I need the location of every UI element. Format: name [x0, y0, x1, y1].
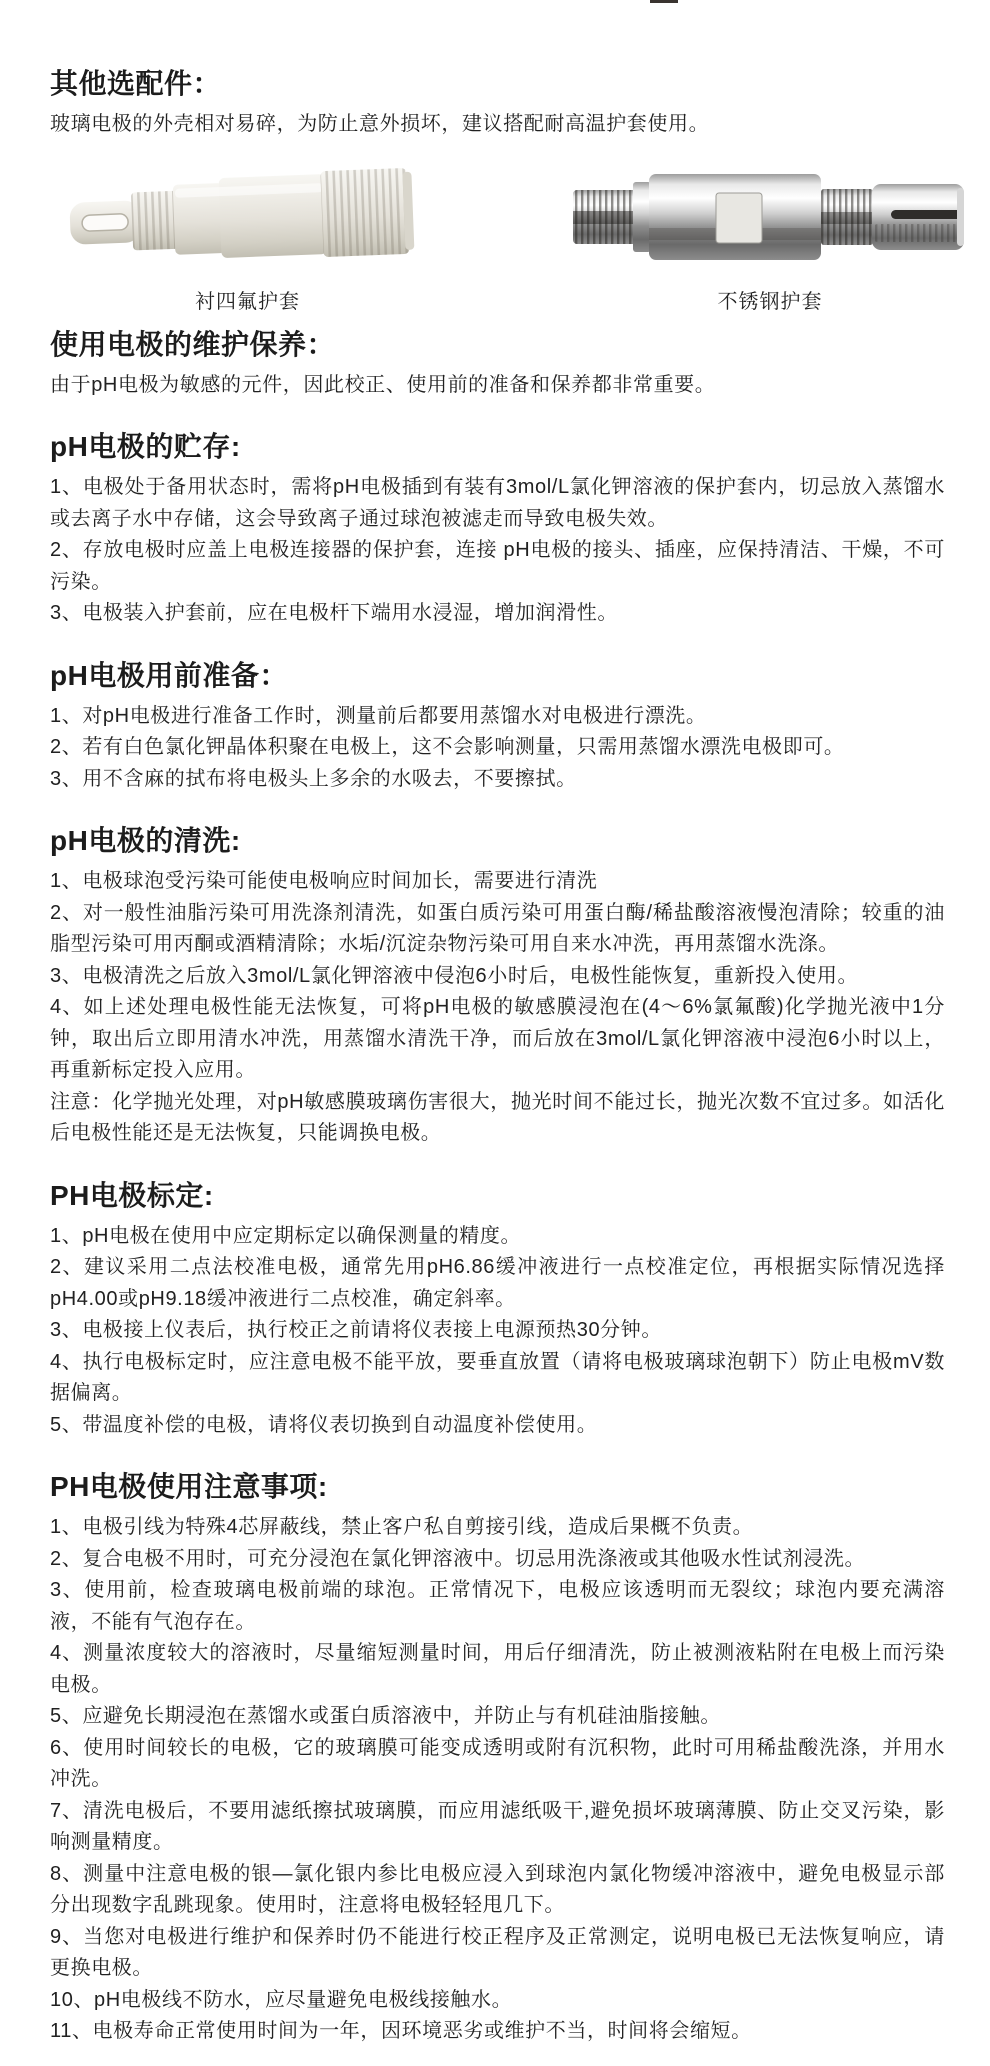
accessory-products-row: 衬四氟护套	[0, 147, 990, 315]
list-item: 4、如上述处理电极性能无法恢复，可将pH电极的敏感膜浸泡在(4～6%氯氟酸)化学…	[50, 992, 945, 1087]
list-item: 3、电极清洗之后放入3mol/L氯化钾溶液中侵泡6小时后，电极性能恢复，重新投入…	[50, 961, 945, 993]
list-item: 2、复合电极不用时，可充分浸泡在氯化钾溶液中。切忌用洗涤液或其他吸水性试剂浸洗。	[50, 1544, 945, 1576]
stainless-sleeve-photo	[550, 147, 990, 287]
cleaning-note: 注意：化学抛光处理，对pH敏感膜玻璃伤害很大，抛光时间不能过长，抛光次数不宜过多…	[50, 1087, 945, 1150]
list-item: 2、对一般性油脂污染可用洗涤剂清洗，如蛋白质污染可用蛋白酶/稀盐酸溶液慢泡清除；…	[50, 898, 945, 961]
list-item: 3、电极接上仪表后，执行校正之前请将仪表接上电源预热30分钟。	[50, 1315, 945, 1347]
section-maintenance: 使用电极的维护保养： 由于pH电极为敏感的元件，因此校正、使用前的准备和保养都非…	[50, 327, 945, 402]
section-heading-maintenance: 使用电极的维护保养：	[50, 327, 945, 363]
list-item: 8、测量中注意电极的银—氯化银内参比电极应浸入到球泡内氯化物缓冲溶液中，避免电极…	[50, 1859, 945, 1922]
list-item: 10、pH电极线不防水，应尽量避免电极线接触水。	[50, 1985, 945, 2017]
stainless-sleeve-image	[569, 166, 971, 268]
list-item: 4、测量浓度较大的溶液时，尽量缩短测量时间，用后仔细清洗，防止被测液粘附在电极上…	[50, 1638, 945, 1701]
list-item: 2、若有白色氯化钾晶体积聚在电极上，这不会影响测量，只需用蒸馏水漂洗电极即可。	[50, 732, 945, 764]
list-item: 1、电极引线为特殊4芯屏蔽线，禁止客户私自剪接引线，造成后果概不负责。	[50, 1512, 945, 1544]
list-item: 1、pH电极在使用中应定期标定以确保测量的精度。	[50, 1221, 945, 1253]
product-detail-page: { "colors": { "text": "#212121", "backgr…	[0, 0, 990, 2066]
accessories-intro-paragraph: 玻璃电极的外壳相对易碎，为防止意外损坏，建议搭配耐高温护套使用。	[50, 109, 945, 141]
list-item: 1、对pH电极进行准备工作时，测量前后都要用蒸馏水对电极进行漂洗。	[50, 701, 945, 733]
ptfe-sleeve-image	[68, 151, 428, 283]
product-stainless-sleeve: 不锈钢护套	[550, 147, 990, 315]
list-item: 7、清洗电极后，不要用滤纸擦拭玻璃膜，而应用滤纸吸干,避免损坏玻璃薄膜、防止交叉…	[50, 1796, 945, 1859]
list-item: 3、使用前，检查玻璃电极前端的球泡。正常情况下，电极应该透明而无裂纹；球泡内要充…	[50, 1575, 945, 1638]
list-item: 1、电极球泡受污染可能使电极响应时间加长，需要进行清洗	[50, 866, 945, 898]
section-heading-precautions: PH电极使用注意事项:	[50, 1469, 945, 1505]
list-item: 1、电极处于备用状态时，需将pH电极插到有装有3mol/L氯化钾溶液的保护套内，…	[50, 472, 945, 535]
section-heading-storage: pH电极的贮存:	[50, 429, 945, 465]
document-body: 其他选配件： 玻璃电极的外壳相对易碎，为防止意外损坏，建议搭配耐高温护套使用。	[0, 0, 990, 2058]
list-item: 4、执行电极标定时，应注意电极不能平放，要垂直放置（请将电极玻璃球泡朝下）防止电…	[50, 1347, 945, 1410]
section-cleaning: pH电极的清洗: 1、电极球泡受污染可能使电极响应时间加长，需要进行清洗 2、对…	[50, 823, 945, 1150]
list-item: 6、使用时间较长的电极，它的玻璃膜可能变成透明或附有沉积物，此时可用稀盐酸洗涤，…	[50, 1733, 945, 1796]
list-item: 5、带温度补偿的电极，请将仪表切换到自动温度补偿使用。	[50, 1410, 945, 1442]
list-item: 5、应避免长期浸泡在蒸馏水或蛋白质溶液中，并防止与有机硅油脂接触。	[50, 1701, 945, 1733]
section-heading-calibration: PH电极标定:	[50, 1178, 945, 1214]
maintenance-intro-paragraph: 由于pH电极为敏感的元件，因此校正、使用前的准备和保养都非常重要。	[50, 370, 945, 402]
section-heading-accessories: 其他选配件：	[50, 66, 945, 102]
section-heading-cleaning: pH电极的清洗:	[50, 823, 945, 859]
section-accessories: 其他选配件： 玻璃电极的外壳相对易碎，为防止意外损坏，建议搭配耐高温护套使用。	[50, 66, 945, 315]
section-storage: pH电极的贮存: 1、电极处于备用状态时，需将pH电极插到有装有3mol/L氯化…	[50, 429, 945, 630]
cropped-image-fragment	[650, 0, 678, 3]
section-heading-preparation: pH电极用前准备：	[50, 658, 945, 694]
product-ptfe-sleeve: 衬四氟护套	[20, 147, 475, 315]
section-precautions: PH电极使用注意事项: 1、电极引线为特殊4芯屏蔽线，禁止客户私自剪接引线，造成…	[50, 1469, 945, 2048]
list-item: 3、用不含麻的拭布将电极头上多余的水吸去，不要擦拭。	[50, 764, 945, 796]
product-caption-ptfe: 衬四氟护套	[20, 289, 475, 315]
list-item: 9、当您对电极进行维护和保养时仍不能进行校正程序及正常测定，说明电极已无法恢复响…	[50, 1922, 945, 1985]
product-caption-stainless: 不锈钢护套	[550, 289, 990, 315]
list-item: 2、建议采用二点法校准电极，通常先用pH6.86缓冲液进行一点校准定位，再根据实…	[50, 1252, 945, 1315]
list-item: 11、电极寿命正常使用时间为一年，因环境恶劣或维护不当，时间将会缩短。	[50, 2016, 945, 2048]
section-preparation: pH电极用前准备： 1、对pH电极进行准备工作时，测量前后都要用蒸馏水对电极进行…	[50, 658, 945, 796]
ptfe-sleeve-photo	[20, 147, 475, 287]
section-calibration: PH电极标定: 1、pH电极在使用中应定期标定以确保测量的精度。 2、建议采用二…	[50, 1178, 945, 1442]
list-item: 2、存放电极时应盖上电极连接器的保护套，连接 pH电极的接头、插座，应保持清洁、…	[50, 535, 945, 598]
list-item: 3、电极装入护套前，应在电极杆下端用水浸湿，增加润滑性。	[50, 598, 945, 630]
